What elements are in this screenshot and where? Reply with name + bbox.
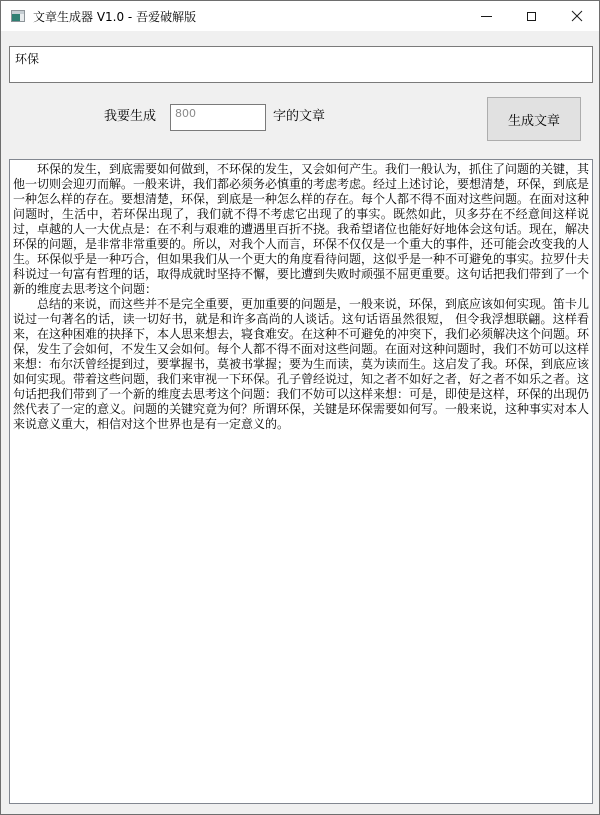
window-title: 文章生成器 V1.0 - 吾爱破解版 bbox=[33, 8, 196, 25]
titlebar[interactable]: 文章生成器 V1.0 - 吾爱破解版 bbox=[1, 1, 599, 31]
maximize-icon bbox=[527, 12, 536, 21]
close-button[interactable] bbox=[554, 1, 599, 31]
generate-count-label-after: 字的文章 bbox=[273, 109, 325, 125]
article-paragraph: 环保的发生，到底需要如何做到，不环保的发生，又会如何产生。我们一般认为，抓住了问… bbox=[13, 162, 589, 297]
maximize-button[interactable] bbox=[509, 1, 554, 31]
minimize-icon bbox=[481, 16, 492, 17]
generate-article-button[interactable]: 生成文章 bbox=[487, 97, 581, 141]
app-icon bbox=[10, 8, 26, 24]
article-paragraph: 总结的来说，而这些并不是完全重要，更加重要的问题是，一般来说，环保，到底应该如何… bbox=[13, 297, 589, 432]
generate-count-label-before: 我要生成 bbox=[104, 109, 156, 125]
app-window: 文章生成器 V1.0 - 吾爱破解版 我要生成 字的文章 生成文章 环保的发生，… bbox=[0, 0, 600, 815]
window-controls bbox=[464, 1, 599, 31]
word-count-input[interactable] bbox=[170, 104, 266, 131]
article-output-textbox[interactable]: 环保的发生，到底需要如何做到，不环保的发生，又会如何产生。我们一般认为，抓住了问… bbox=[9, 159, 593, 804]
minimize-button[interactable] bbox=[464, 1, 509, 31]
close-icon bbox=[571, 10, 583, 22]
keyword-input[interactable] bbox=[9, 46, 593, 83]
